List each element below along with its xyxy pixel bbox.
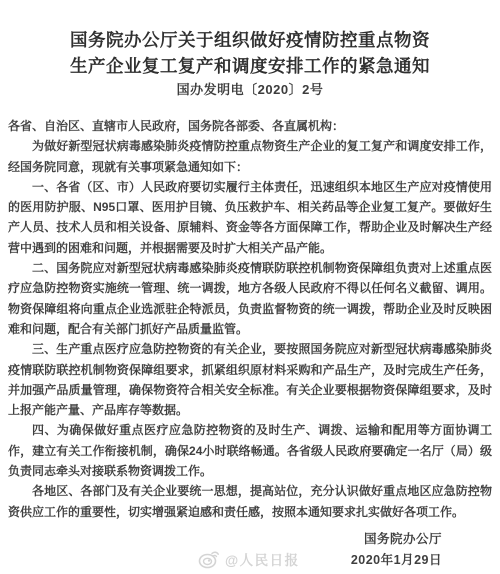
document-body: 各省、自治区、直辖市人民政府，国务院各部委、各直属机构： 为做好新型冠状病毒感染… [0,116,500,571]
watermark-text: @人民日报 [225,549,300,569]
paragraph-item-3: 三、生产重点医疗应急防控物资的有关企业，要按照国务院应对新型冠状病毒感染肺炎疫情… [8,339,492,420]
title-line-1: 国务院办公厅关于组织做好疫情防控重点物资 [0,27,500,53]
paragraph-intro: 为做好新型冠状病毒感染肺炎疫情防控重点物资生产企业的复工复产和调度安排工作，经国… [8,136,492,177]
paragraph-item-2: 二、国务院应对新型冠状病毒感染肺炎疫情联防联控机制物资保障组负责对上述重点医疗应… [8,258,492,339]
paragraph-closing: 各地区、各部门及有关企业要统一思想，提高站位，充分认识做好重点地区应急防控物资供… [8,481,492,522]
document-title: 国务院办公厅关于组织做好疫情防控重点物资 生产企业复工复产和调度安排工作的紧急通… [0,0,500,79]
paragraph-item-4: 四、为确保做好重点医疗应急防控物资的及时生产、调拨、运输和配用等方面协调工作，建… [8,420,492,481]
weibo-icon [198,549,220,569]
notice-document: 国务院办公厅关于组织做好疫情防控重点物资 生产企业复工复产和调度安排工作的紧急通… [0,0,500,574]
title-line-2: 生产企业复工复产和调度安排工作的紧急通知 [0,53,500,79]
document-number: 国办发明电〔2020〕2号 [0,81,500,98]
paragraph-item-1: 一、各省（区、市）人民政府要切实履行主体责任，迅速组织本地区生产应对疫情使用的医… [8,177,492,258]
salutation: 各省、自治区、直辖市人民政府，国务院各部委、各直属机构： [8,116,492,136]
watermark: @人民日报 [198,547,300,571]
